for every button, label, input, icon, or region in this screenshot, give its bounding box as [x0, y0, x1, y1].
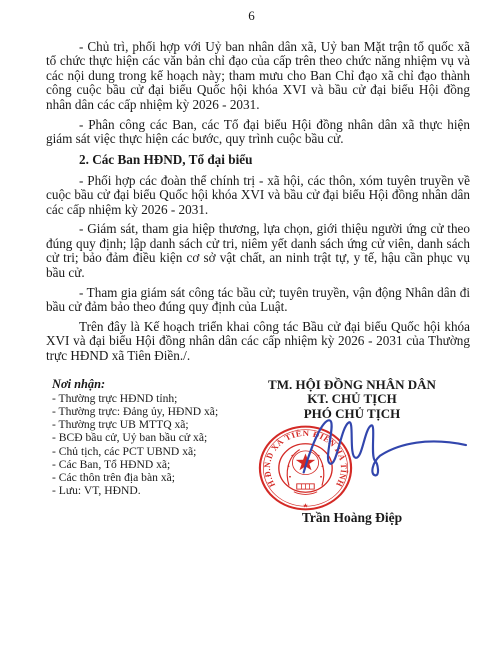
recipient-item: - BCĐ bầu cử, Uỷ ban bầu cử xã;	[52, 431, 218, 444]
recipient-item: - Thường trực: Đảng ủy, HĐND xã;	[52, 405, 218, 418]
paragraph: - Tham gia giám sát công tác bầu cử; tuy…	[46, 286, 470, 315]
document-page: 6 - Chủ trì, phối hợp với Uỷ ban nhân dâ…	[0, 0, 503, 648]
recipient-item: - Các Ban, Tổ HĐND xã;	[52, 458, 218, 471]
recipient-item: - Lưu: VT, HĐND.	[52, 484, 218, 497]
paragraph: - Chủ trì, phối hợp với Uỷ ban nhân dân …	[46, 40, 470, 112]
recipient-item: - Chủ tịch, các PCT UBND xã;	[52, 445, 218, 458]
recipient-item: - Thường trực HĐND tỉnh;	[52, 392, 218, 405]
page-number: 6	[0, 0, 503, 40]
recipients-list: Nơi nhận: - Thường trực HĐND tỉnh; - Thư…	[52, 378, 218, 526]
signer-name: Trần Hoàng Điệp	[246, 510, 458, 526]
signing-org-line: TM. HỘI ĐỒNG NHÂN DÂN	[246, 378, 458, 393]
handwritten-signature-icon	[272, 402, 482, 490]
recipients-title: Nơi nhận:	[52, 378, 218, 391]
document-body: - Chủ trì, phối hợp với Uỷ ban nhân dân …	[0, 40, 503, 363]
recipient-item: - Thường trực UB MTTQ xã;	[52, 418, 218, 431]
paragraph: - Phối hợp các đoàn thể chính trị - xã h…	[46, 174, 470, 217]
section-heading: 2. Các Ban HĐND, Tổ đại biểu	[46, 153, 470, 167]
seal-bottom-star-icon: ★	[302, 503, 308, 510]
paragraph: - Phân công các Ban, các Tổ đại biểu Hội…	[46, 118, 470, 147]
recipient-item: - Các thôn trên địa bàn xã;	[52, 471, 218, 484]
closing-paragraph: Trên đây là Kế hoạch triển khai công tác…	[46, 320, 470, 363]
paragraph: - Giám sát, tham gia hiệp thương, lựa ch…	[46, 222, 470, 280]
